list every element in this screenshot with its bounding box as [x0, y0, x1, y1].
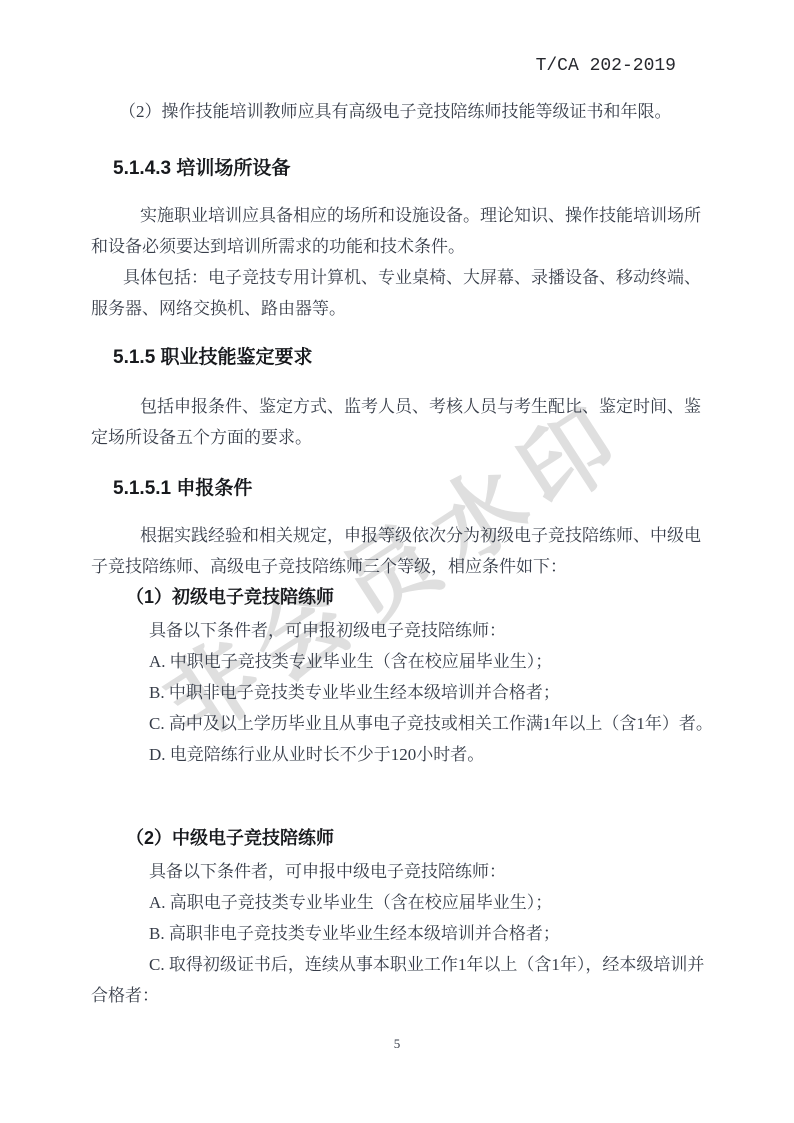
text-line: 合格者： — [91, 980, 703, 1011]
list-item-line: A. 中职电子竞技类专业毕业生（含在校应届毕业生）； — [91, 646, 703, 677]
list-item-line: C. 高中及以上学历毕业且从事电子竞技或相关工作满1年以上（含1年）者。 — [91, 708, 703, 739]
grade-heading: （2）中级电子竞技陪练师 — [91, 823, 703, 854]
list-item-line: C. 取得初级证书后，连续从事本职业工作1年以上（含1年），经本级培训并 — [91, 949, 703, 980]
text-line: 和设备必须要达到培训所需求的功能和技术条件。 — [91, 231, 703, 262]
document-page: 非会员水印 T/CA 202-2019 （2）操作技能培训教师应具有高级电子竞技… — [0, 0, 794, 1123]
list-item-line: B. 高职非电子竞技类专业毕业生经本级培训并合格者； — [91, 918, 703, 949]
list-item-line: B. 中职非电子竞技类专业毕业生经本级培训并合格者； — [91, 677, 703, 708]
text-line: 定场所设备五个方面的要求。 — [91, 422, 703, 453]
text-line: 根据实践经验和相关规定，申报等级依次分为初级电子竞技陪练师、中级电 — [91, 520, 703, 551]
text-line: 服务器、网络交换机、路由器等。 — [91, 293, 703, 324]
text-line: 实施职业培训应具备相应的场所和设施设备。理论知识、操作技能培训场所 — [91, 200, 703, 231]
page-number: 5 — [0, 1036, 794, 1052]
standard-number-header: T/CA 202-2019 — [536, 56, 676, 76]
section-heading: 5.1.5.1 申报条件 — [91, 473, 703, 504]
text-line: 子竞技陪练师、高级电子竞技陪练师三个等级，相应条件如下： — [91, 551, 703, 582]
grade-heading: （1）初级电子竞技陪练师 — [91, 582, 703, 613]
list-item-line: 具备以下条件者，可申报初级电子竞技陪练师： — [91, 615, 703, 646]
text-line: 包括申报条件、鉴定方式、监考人员、考核人员与考生配比、鉴定时间、鉴 — [91, 391, 703, 422]
section-heading: 5.1.4.3 培训场所设备 — [91, 153, 703, 184]
text-line: 具体包括：电子竞技专用计算机、专业桌椅、大屏幕、录播设备、移动终端、 — [91, 262, 703, 293]
list-item-line: A. 高职电子竞技类专业毕业生（含在校应届毕业生）； — [91, 887, 703, 918]
list-item-line: 具备以下条件者，可申报中级电子竞技陪练师： — [91, 856, 703, 887]
list-item-line: D. 电竞陪练行业从业时长不少于120小时者。 — [91, 739, 703, 770]
section-heading: 5.1.5 职业技能鉴定要求 — [91, 342, 703, 373]
document-content: （2）操作技能培训教师应具有高级电子竞技陪练师技能等级证书和年限。5.1.4.3… — [91, 80, 703, 1011]
text-line: （2）操作技能培训教师应具有高级电子竞技陪练师技能等级证书和年限。 — [91, 96, 703, 127]
